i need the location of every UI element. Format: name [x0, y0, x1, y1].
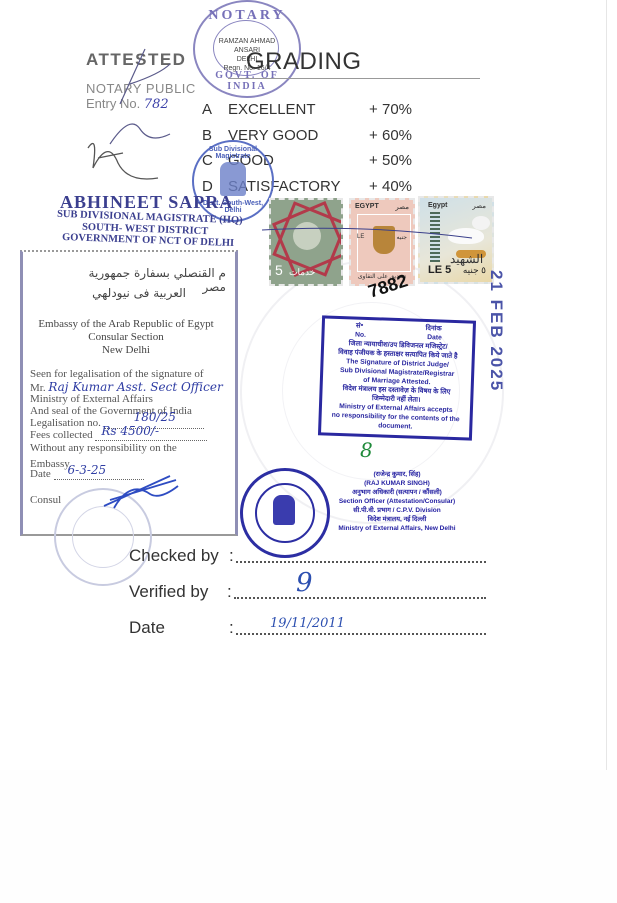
mea-seal	[240, 468, 330, 558]
embassy-without-line: Without any responsibility on the	[30, 442, 177, 454]
date-stamp: 21 FEB 2025	[486, 270, 506, 392]
stamp1-arabic: خدمات	[289, 267, 315, 278]
verified-by-value: 9	[296, 568, 313, 598]
officer-line1: (राजेन्द्र कुमार, सिंह)	[322, 470, 472, 479]
page-bottom-margin	[0, 770, 617, 903]
grade-letter: B	[202, 127, 212, 144]
legalisation-label: Legalisation no.	[30, 417, 101, 429]
mea-officer-stamp: (राजेन्द्र कुमार, सिंह) (RAJ KUMAR SINGH…	[322, 470, 472, 533]
embassy-seen-line: Seen for legalisation of the signature o…	[30, 368, 204, 380]
grade-percent: + 40%	[369, 178, 412, 195]
embassy-mr-line: Mr. Raj Kumar Asst. Sect Officer	[30, 380, 223, 394]
grade-percent: + 70%	[369, 101, 412, 118]
stamp1-value: 5	[275, 262, 283, 278]
verified-by-colon: :	[227, 582, 232, 602]
stamp2-header: EGYPT	[355, 203, 379, 210]
stamp-cancel-line	[262, 220, 482, 250]
mr-value: Raj Kumar Asst. Sect Officer	[48, 380, 222, 394]
embassy-fees-line: Fees collected Rs 4500/-	[30, 429, 207, 441]
grade-row: AEXCELLENT+ 70%	[202, 101, 412, 121]
embassy-city: New Delhi	[20, 344, 232, 356]
stamp3-arabic: الشهيد	[450, 252, 483, 266]
officer-line7: Ministry of External Affairs, New Delhi	[322, 524, 472, 533]
sdm-seal-top: Sub Divisional Magistrate	[194, 146, 272, 160]
mea-no: No.	[355, 331, 366, 340]
officer-line5: सी.पी.वी. प्रभाग / C.P.V. Division	[322, 506, 472, 515]
emblem-icon	[273, 495, 295, 525]
embassy-section: Consular Section	[20, 331, 232, 343]
fees-label: Fees collected	[30, 429, 93, 441]
notary-seal-name: RAMZAN AHMAD	[195, 38, 299, 45]
checked-by-field	[236, 560, 486, 563]
sdm-government: GOVERNMENT OF NCT OF DELHI	[62, 232, 234, 249]
mea-attestation-stamp: सं॰दिनांक No.Date जिला न्यायाधीश/उप डिवि…	[318, 315, 476, 440]
embassy-consul-label: Consul	[30, 494, 61, 506]
stamp2-header-ar: مصر	[395, 203, 409, 211]
stamp3-value: LE 5	[428, 264, 451, 276]
officer-line2: (RAJ KUMAR SINGH)	[322, 479, 472, 488]
mea-no-hi: सं॰	[356, 322, 364, 331]
verified-by-field	[234, 596, 486, 599]
grade-percent: + 60%	[369, 127, 412, 144]
grading-title: GRADING	[246, 48, 362, 76]
date-label: Date	[129, 618, 165, 638]
grade-label: EXCELLENT	[228, 101, 316, 118]
sdm-signature	[78, 128, 168, 193]
officer-line3: अनुभाग अधिकारी (सत्यापन / कौंसली)	[322, 488, 472, 497]
verified-by-label: Verified by	[129, 582, 208, 602]
officer-line6: विदेश मंत्रालय, नई दिल्ली	[322, 515, 472, 524]
legalisation-value: 180/25	[134, 410, 176, 424]
checked-by-label: Checked by	[129, 546, 219, 566]
stamp3-value-ar: ٥ جنيه	[463, 265, 486, 276]
embassy-title: Embassy of the Arab Republic of Egypt	[20, 318, 232, 330]
consul-signature	[100, 470, 180, 510]
date-field	[236, 632, 486, 635]
notary-seal-title: NOTARY	[195, 8, 299, 24]
fees-value: Rs 4500/-	[101, 424, 159, 438]
page-edge	[606, 0, 607, 770]
grade-percent: + 50%	[369, 152, 412, 169]
checked-by-colon: :	[229, 546, 234, 566]
stamp3-header: Egypt	[428, 202, 447, 209]
green-initial: 8	[360, 438, 373, 462]
embassy-arabic-line2: العربية فى نيودلهي	[66, 286, 186, 300]
stamp3-header-ar: مصر	[472, 202, 486, 210]
embassy-ministry-line: Ministry of External Affairs	[30, 393, 153, 405]
officer-line4: Section Officer (Attestation/Consular)	[322, 497, 472, 506]
embassy-date-label: Date	[30, 468, 51, 480]
emblem-icon	[220, 162, 246, 196]
grade-letter: A	[202, 101, 212, 118]
grading-rule	[228, 78, 480, 79]
date-colon: :	[229, 618, 234, 638]
date-value: 19/11/2011	[270, 616, 345, 631]
